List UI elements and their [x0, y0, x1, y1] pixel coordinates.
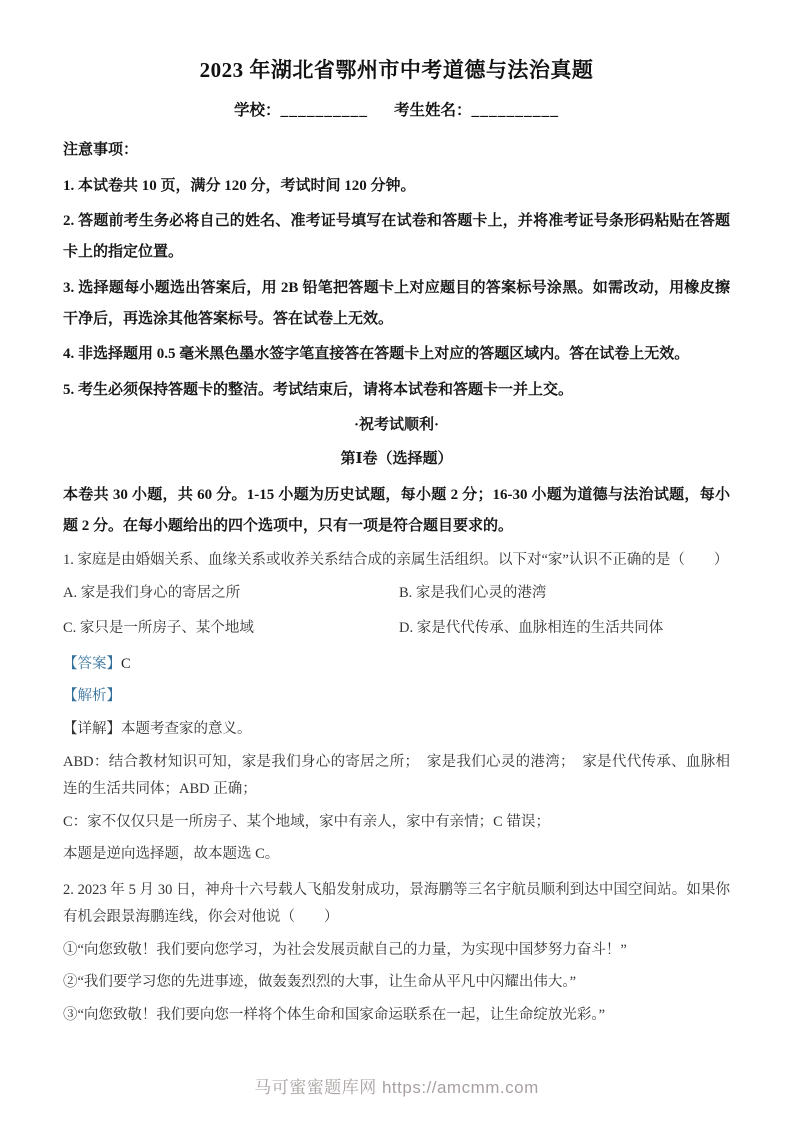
notice-heading: 注意事项： — [63, 136, 730, 165]
question-1-explanation-1: ABD：结合教材知识可知，家是我们身心的寄居之所； 家是我们心灵的港湾； 家是代… — [63, 749, 730, 804]
question-1-answer-line: 【答案】C — [63, 651, 730, 679]
exam-wish: ·祝考试顺利· — [63, 411, 730, 440]
question-1-options-row-2: C. 家只是一所房子、某个地域 D. 家是代代传承、血脉相连的生活共同体 — [63, 615, 730, 649]
question-2-statement-1: ①“向您致敬！我们要向您学习，为社会发展贡献自己的力量，为实现中国梦努力奋斗！” — [63, 937, 730, 965]
question-1-detail-line: 【详解】本题考查家的意义。 — [63, 716, 730, 744]
page-title: 2023 年湖北省鄂州市中考道德与法治真题 — [63, 54, 730, 84]
notice-item-4: 4. 非选择题用 0.5 毫米黑色墨水签字笔直接答在答题卡上对应的答题区域内。答… — [63, 339, 730, 370]
footer-watermark: 马可蜜蜜题库网 https://amcmm.com — [0, 1073, 793, 1098]
question-1-explanation-2: C：家不仅仅只是一所房子、某个地域，家中有亲人，家中有亲情；C 错误； — [63, 809, 730, 837]
question-1-option-a: A. 家是我们身心的寄居之所 — [63, 580, 399, 608]
question-2-block: 2. 2023 年 5 月 30 日，神舟十六号载人飞船发射成功，景海鹏等三名宇… — [63, 877, 730, 1030]
school-label: 学校： — [234, 102, 281, 119]
candidate-name-label: 考生姓名： — [394, 102, 472, 119]
school-blank: __________ — [281, 102, 369, 119]
question-2-statement-2: ②“我们要学习您的先进事迹，做轰轰烈烈的大事，让生命从平凡中闪耀出伟大。” — [63, 969, 730, 997]
question-1-option-c: C. 家只是一所房子、某个地域 — [63, 615, 399, 643]
question-1-analysis-line: 【解析】 — [63, 683, 730, 711]
question-1-option-d: D. 家是代代传承、血脉相连的生活共同体 — [399, 615, 730, 643]
exam-paper-page: 2023 年湖北省鄂州市中考道德与法治真题 学校：__________考生姓名：… — [0, 0, 793, 1029]
notice-item-3: 3. 选择题每小题选出答案后，用 2B 铅笔把答题卡上对应题目的答案标号涂黑。如… — [63, 273, 730, 335]
answer-value: C — [121, 656, 131, 672]
volume-title: 第Ⅰ卷（选择题） — [63, 445, 730, 474]
volume-intro: 本卷共 30 小题，共 60 分。1-15 小题为历史试题，每小题 2 分；16… — [63, 480, 730, 542]
school-name-line: 学校：__________考生姓名：__________ — [63, 98, 730, 120]
answer-label: 【答案】 — [63, 656, 121, 672]
question-1-stem: 1. 家庭是由婚姻关系、血缘关系或收养关系结合成的亲属生活组织。以下对“家”认识… — [63, 547, 730, 575]
question-2-stem: 2. 2023 年 5 月 30 日，神舟十六号载人飞船发射成功，景海鹏等三名宇… — [63, 877, 730, 932]
notice-item-1: 1. 本试卷共 10 页，满分 120 分，考试时间 120 分钟。 — [63, 171, 730, 202]
question-1-options-row-1: A. 家是我们身心的寄居之所 B. 家是我们心灵的港湾 — [63, 580, 730, 614]
notice-item-2: 2. 答题前考生务必将自己的姓名、准考证号填写在试卷和答题卡上，并将准考证号条形… — [63, 206, 730, 268]
analysis-label: 【解析】 — [63, 688, 121, 704]
question-2-statement-3: ③“向您致敬！我们要向您一样将个体生命和国家命运联系在一起，让生命绽放光彩。” — [63, 1002, 730, 1030]
question-1-explanation-3: 本题是逆向选择题，故本题选 C。 — [63, 841, 730, 869]
question-1-option-b: B. 家是我们心灵的港湾 — [399, 580, 730, 608]
notice-item-5: 5. 考生必须保持答题卡的整洁。考试结束后，请将本试卷和答题卡一并上交。 — [63, 375, 730, 406]
candidate-name-blank: __________ — [472, 102, 560, 119]
